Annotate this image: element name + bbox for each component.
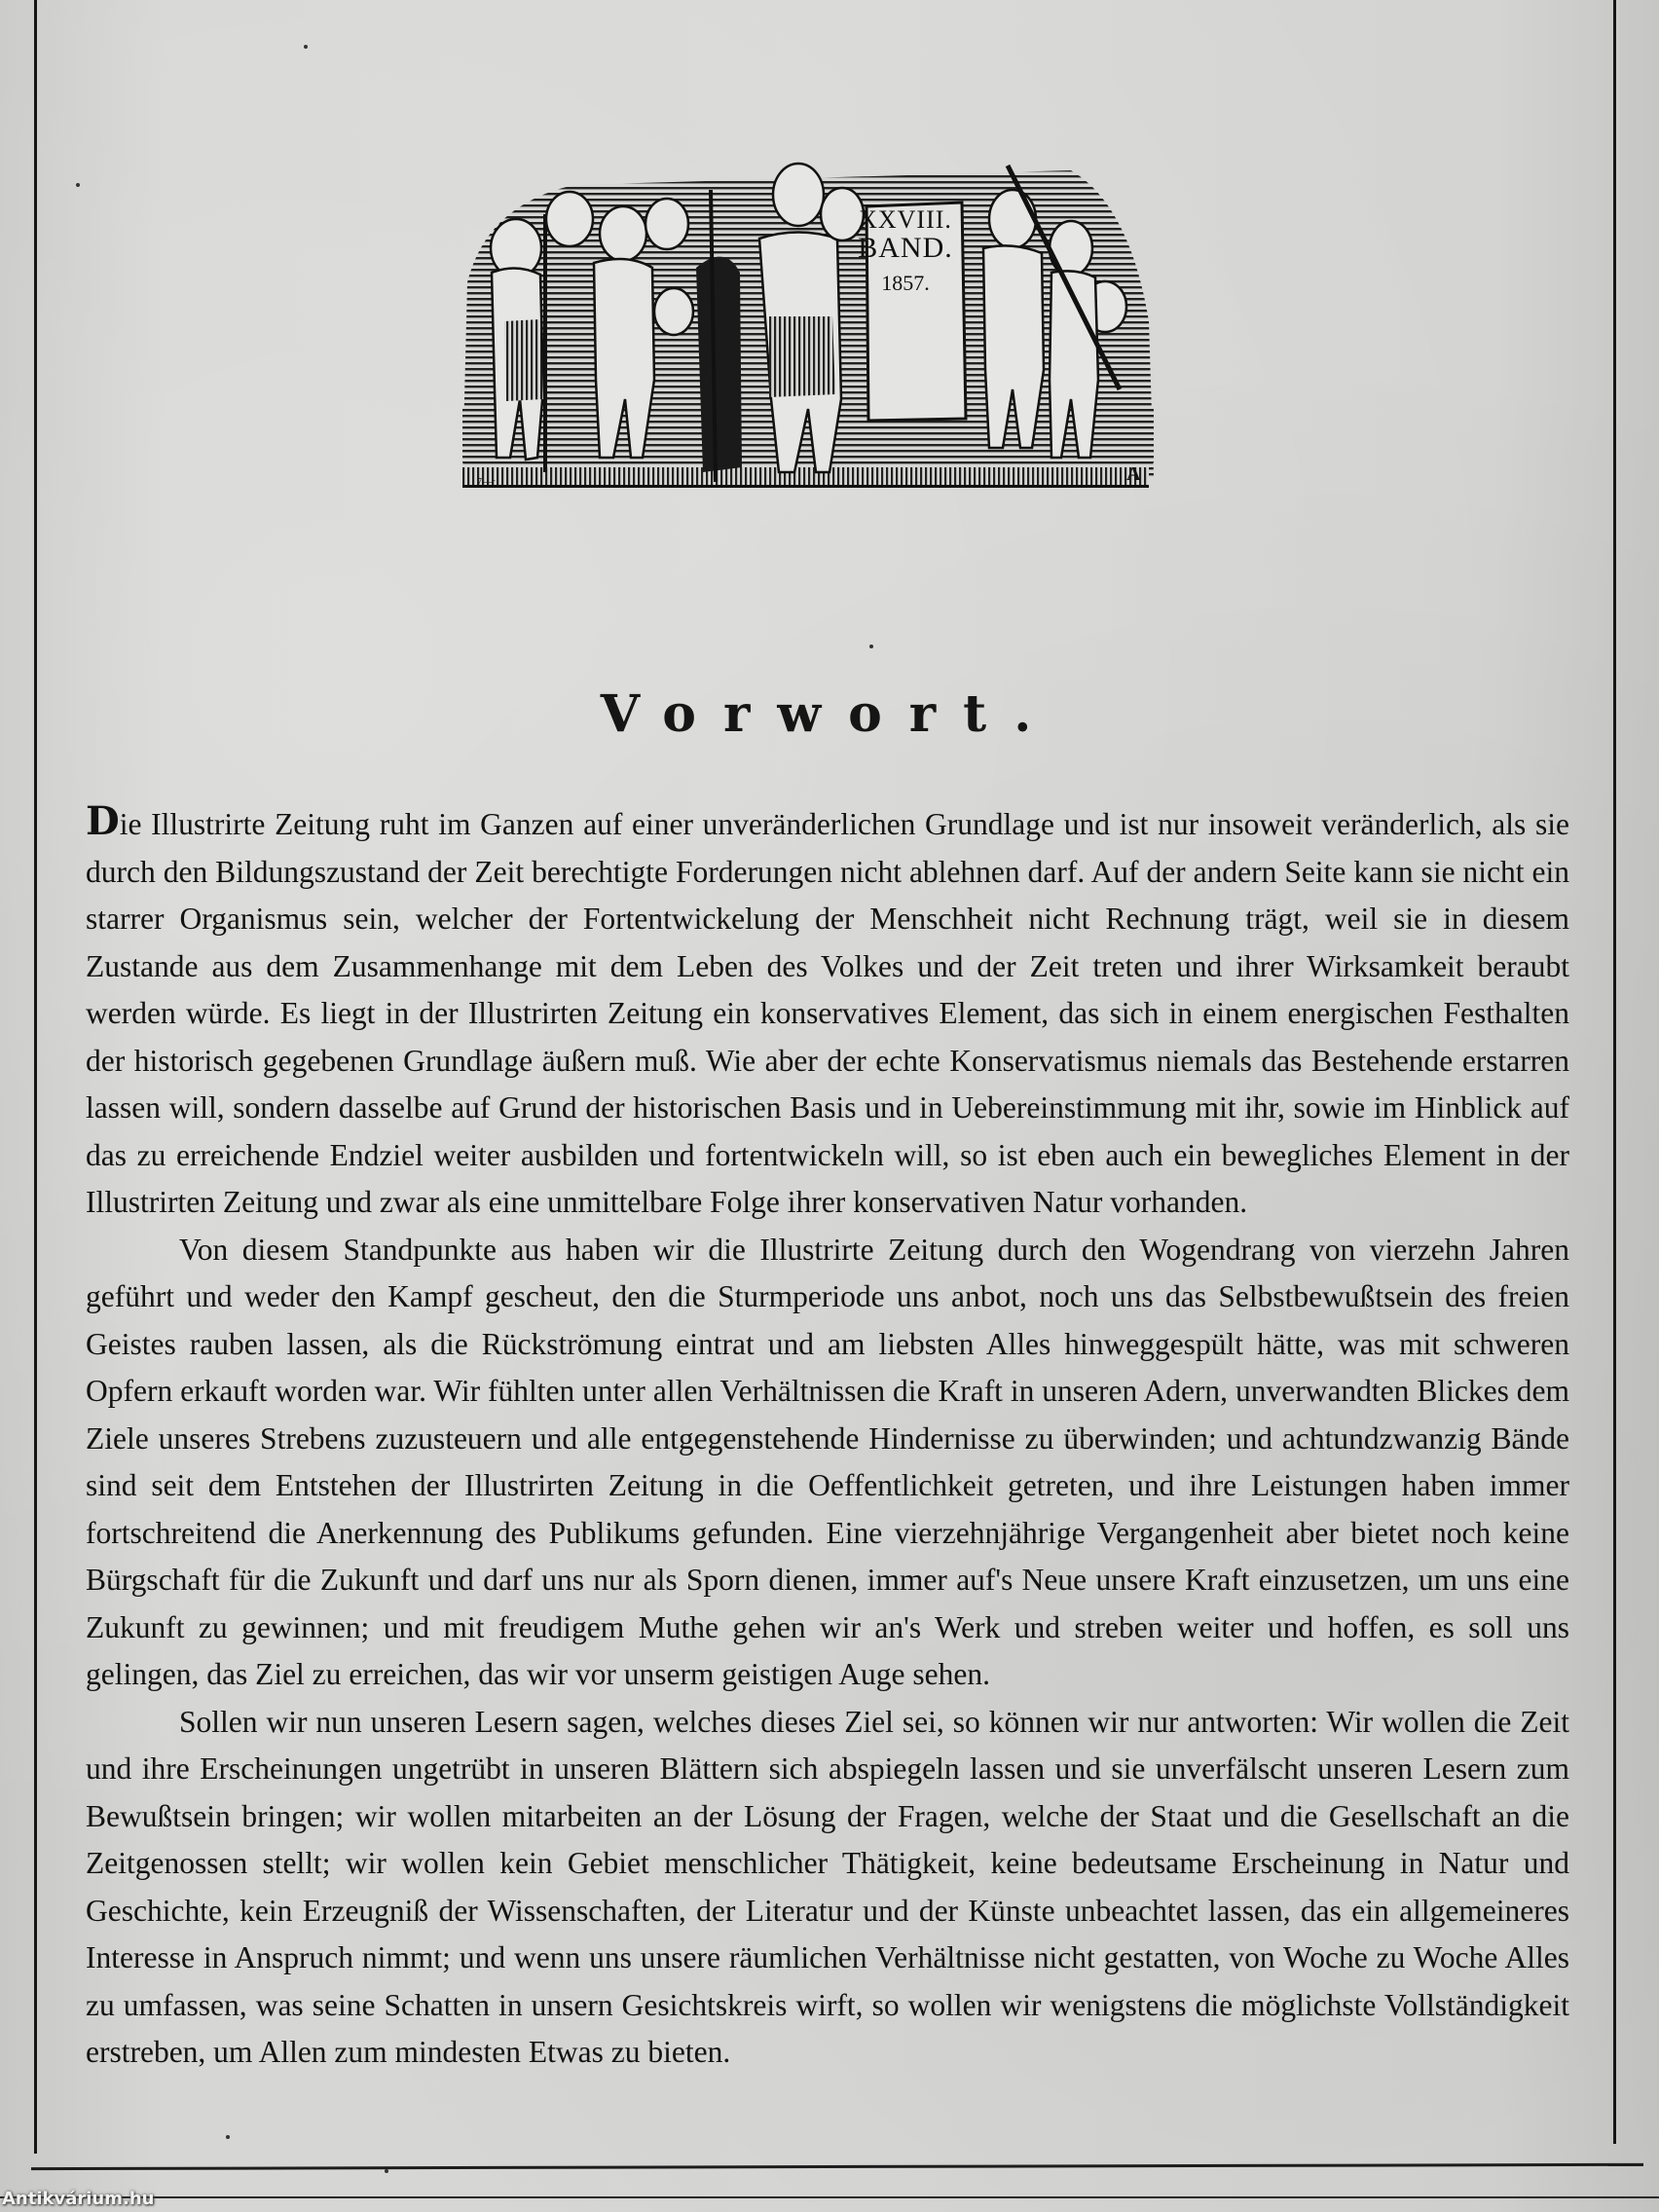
paragraph-2: Von diesem Standpunkte aus haben wir die… bbox=[86, 1227, 1569, 1699]
watermark-logo: Antikvárium.hu bbox=[2, 2189, 154, 2209]
page-frame-left-rule bbox=[34, 0, 37, 2154]
volume-word: BAND. bbox=[857, 233, 954, 264]
paper-speck bbox=[226, 2135, 230, 2139]
page-outer-bottom-rule bbox=[0, 2196, 1659, 2198]
cherubs-illustration-icon bbox=[448, 146, 1163, 511]
page-frame-right-rule bbox=[1613, 0, 1616, 2144]
paragraph-3: Sollen wir nun unseren Lesern sagen, wel… bbox=[86, 1699, 1569, 2077]
paragraph-text: Von diesem Standpunkte aus haben wir die… bbox=[86, 1233, 1569, 1692]
paper-speck bbox=[869, 645, 873, 648]
title-vignette-engraving bbox=[448, 146, 1163, 511]
page-frame-bottom-rule bbox=[31, 2163, 1643, 2170]
paragraph-1: Die Illustrirte Zeitung ruht im Ganzen a… bbox=[86, 798, 1569, 1227]
paper-speck bbox=[385, 2169, 388, 2173]
paragraph-text: ie Illustrirte Zeitung ruht im Ganzen au… bbox=[86, 807, 1569, 1219]
page-title: Vorwort. bbox=[0, 684, 1659, 744]
engraver-signature-left: 7—r bbox=[477, 477, 495, 488]
drop-cap: D bbox=[86, 798, 120, 844]
paper-speck bbox=[304, 45, 308, 49]
volume-tablet: XXVIII. BAND. 1857. bbox=[857, 206, 954, 294]
volume-number: XXVIII. bbox=[857, 206, 954, 233]
paper-speck bbox=[76, 183, 80, 187]
preface-body: Die Illustrirte Zeitung ruht im Ganzen a… bbox=[86, 798, 1569, 2077]
engraver-monogram-right: A bbox=[1126, 463, 1140, 486]
volume-year: 1857. bbox=[857, 272, 954, 294]
paragraph-text: Sollen wir nun unseren Lesern sagen, wel… bbox=[86, 1705, 1569, 2070]
